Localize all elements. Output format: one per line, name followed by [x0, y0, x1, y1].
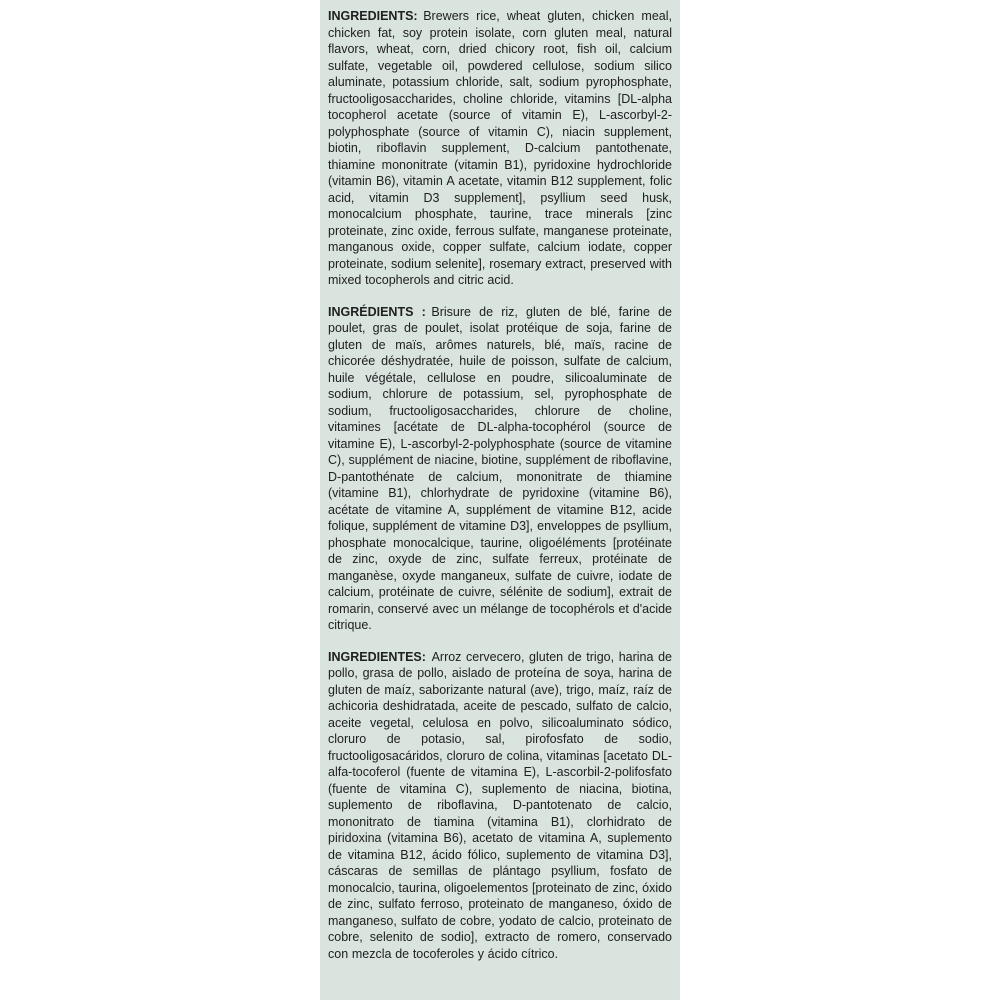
ingredients-heading-english: INGREDIENTS:: [328, 9, 418, 23]
ingredients-text-spanish: Arroz cervecero, gluten de trigo, harina…: [328, 650, 672, 961]
label-page: INGREDIENTS:Brewers rice, wheat gluten, …: [0, 0, 1000, 1000]
ingredients-section-spanish: INGREDIENTES:Arroz cervecero, gluten de …: [328, 649, 672, 963]
ingredients-panel: INGREDIENTS:Brewers rice, wheat gluten, …: [320, 0, 680, 1000]
ingredients-heading-spanish: INGREDIENTES:: [328, 650, 426, 664]
ingredients-heading-french: INGRÉDIENTS :: [328, 305, 426, 319]
ingredients-section-english: INGREDIENTS:Brewers rice, wheat gluten, …: [328, 8, 672, 289]
ingredients-text-english: Brewers rice, wheat gluten, chicken meal…: [328, 9, 672, 287]
ingredients-section-french: INGRÉDIENTS :Brisure de riz, gluten de b…: [328, 304, 672, 634]
ingredients-text-french: Brisure de riz, gluten de blé, farine de…: [328, 305, 672, 633]
